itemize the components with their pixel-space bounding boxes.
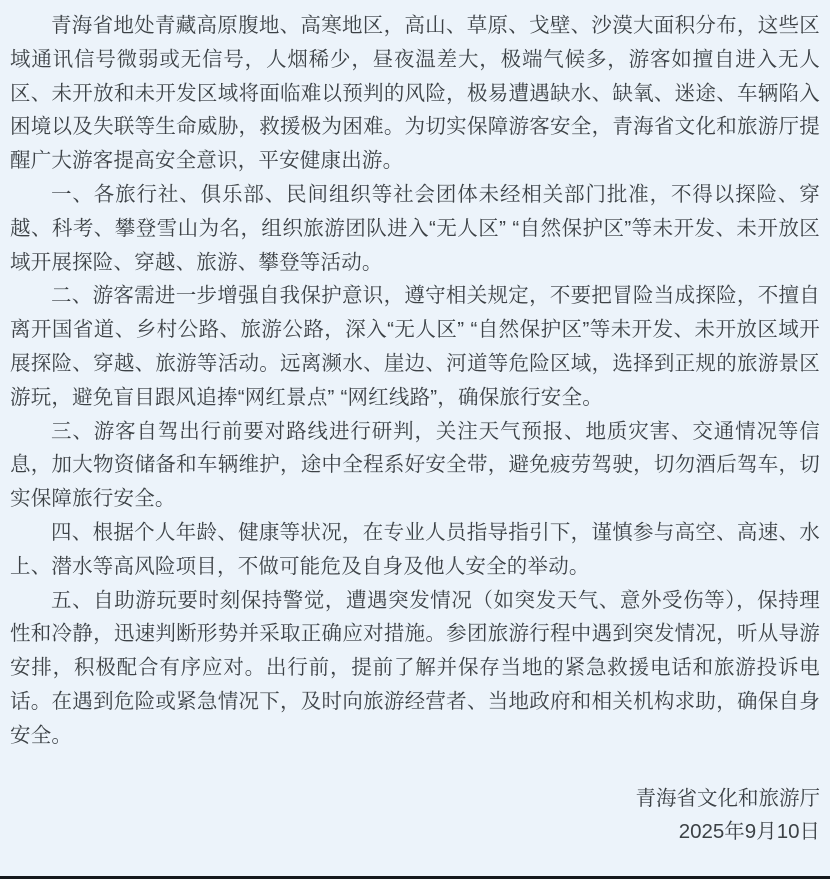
paragraph-intro: 青海省地处青藏高原腹地、高寒地区，高山、草原、戈壁、沙漠大面积分布，这些区域通讯… [10,9,820,178]
paragraph-item-3: 三、游客自驾出行前要对路线进行研判，关注天气预报、地质灾害、交通情况等信息，加大… [10,415,820,516]
paragraph-item-1: 一、各旅行社、俱乐部、民间组织等社会团体未经相关部门批准，不得以探险、穿越、科考… [10,178,820,279]
paragraph-item-5: 五、自助游玩要时刻保持警觉，遭遇突发情况（如突发天气、意外受伤等），保持理性和冷… [10,584,820,753]
issue-date: 2025年9月10日 [10,815,820,849]
issuer-signature: 青海省文化和旅游厅 [10,782,820,816]
signature-block: 青海省文化和旅游厅 2025年9月10日 [10,782,820,850]
paragraph-item-4: 四、根据个人年龄、健康等状况，在专业人员指导指引下，谨慎参与高空、高速、水上、潜… [10,516,820,584]
paragraph-item-2: 二、游客需进一步增强自我保护意识，遵守相关规定，不要把冒险当成探险，不擅自离开国… [10,279,820,414]
travel-safety-notice-document: 青海省地处青藏高原腹地、高寒地区，高山、草原、戈壁、沙漠大面积分布，这些区域通讯… [0,0,830,879]
